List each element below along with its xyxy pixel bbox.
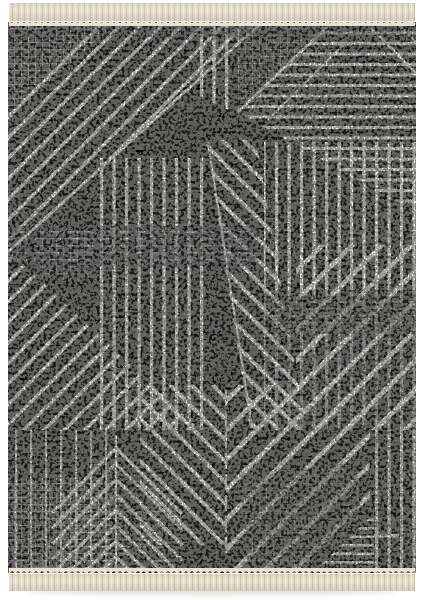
rug-product-photo bbox=[0, 0, 424, 600]
rug-fringe-top bbox=[9, 3, 415, 21]
distress-overlays bbox=[8, 22, 416, 573]
rug-fringe-teeth-top bbox=[9, 20, 415, 26]
rug-fringe-bottom bbox=[9, 574, 415, 591]
rug-pattern bbox=[0, 0, 424, 600]
